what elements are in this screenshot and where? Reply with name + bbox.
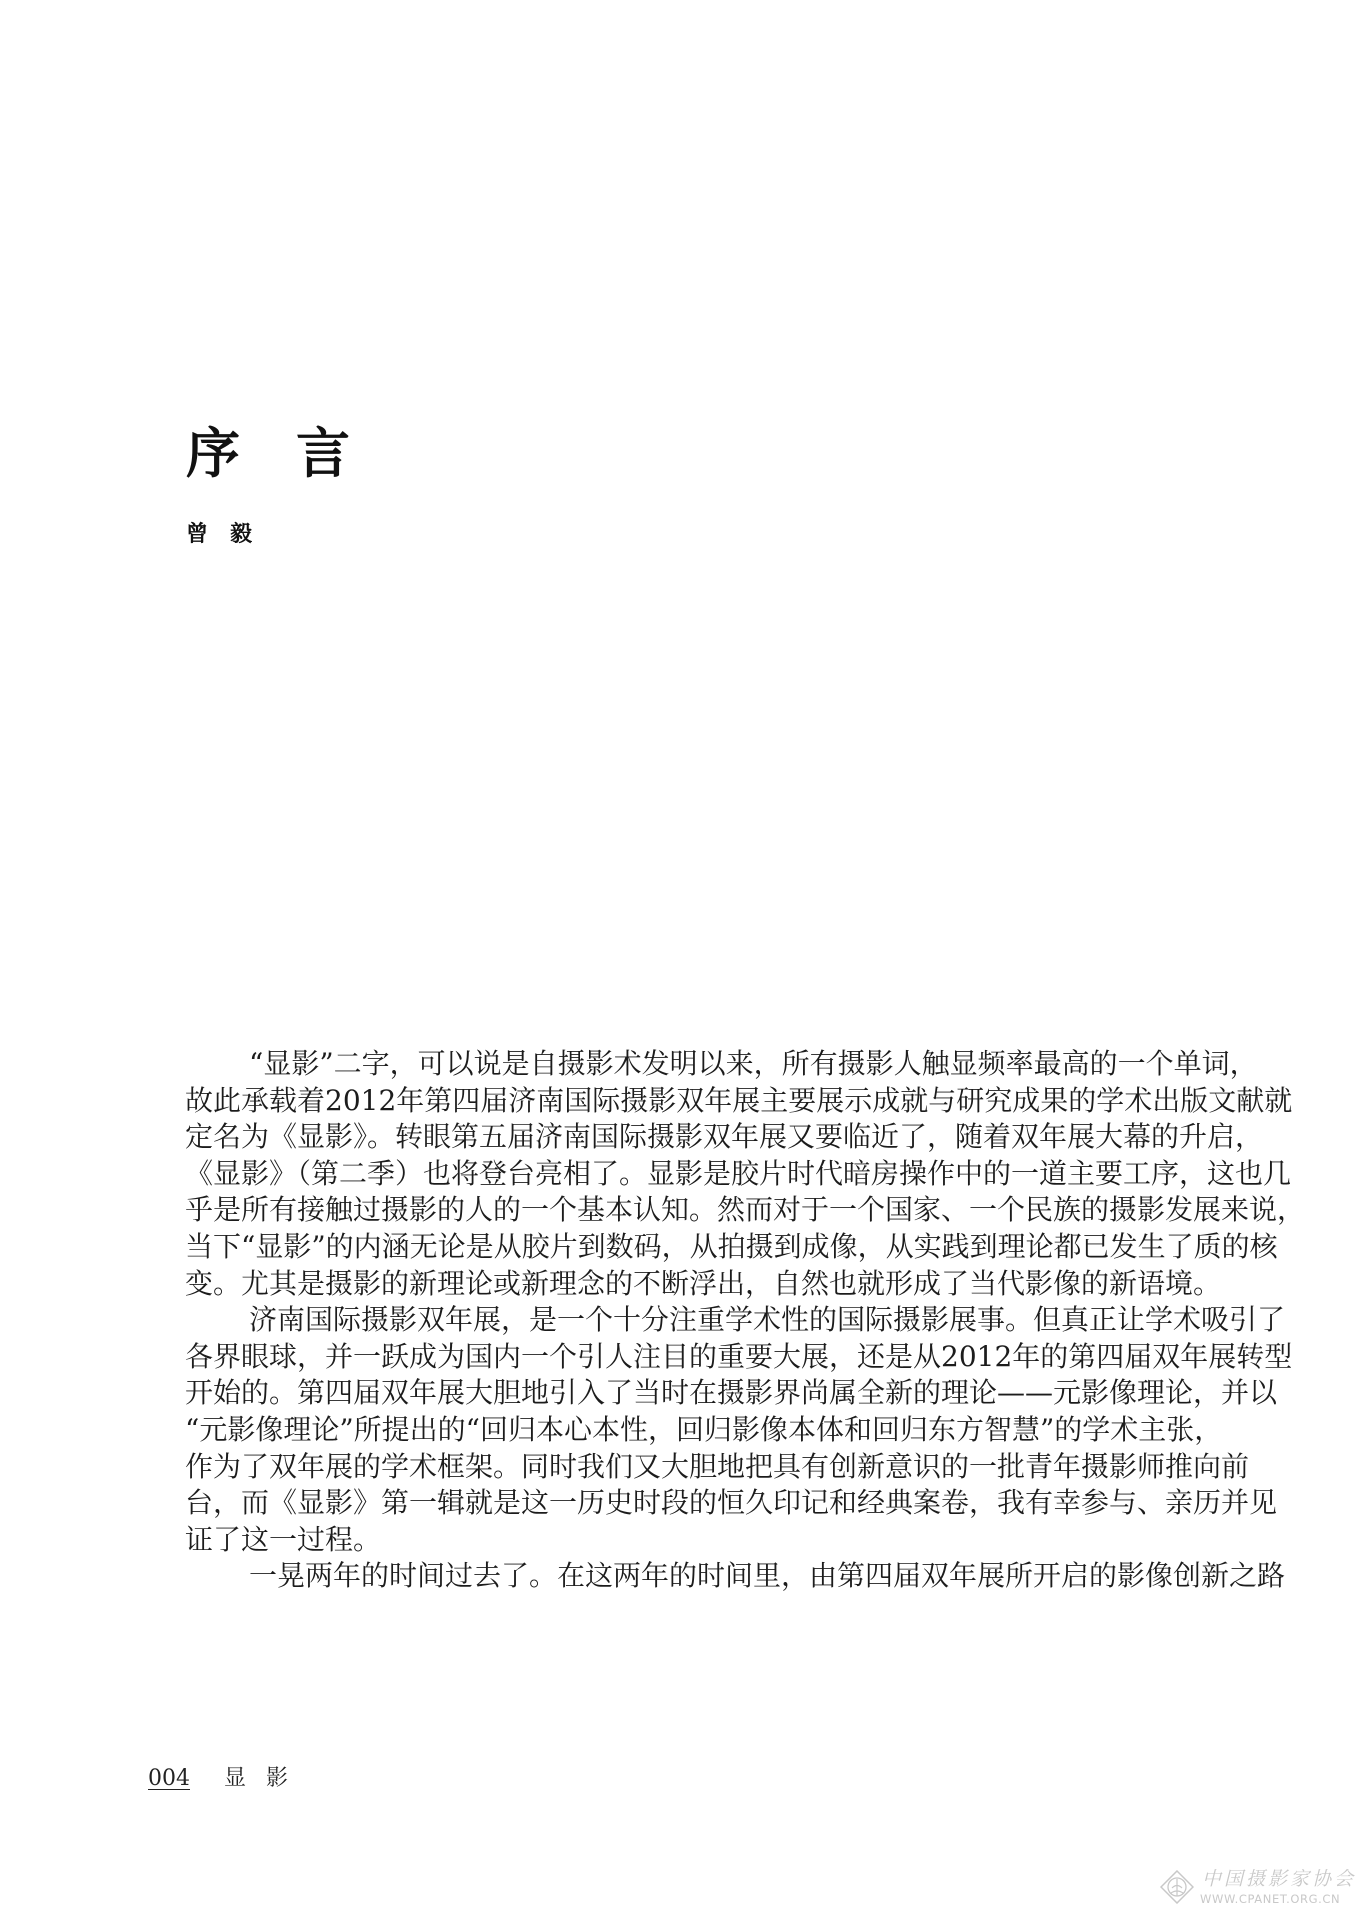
- author-name: 曾毅: [186, 522, 252, 548]
- watermark: 中国摄影家协会 WWW.CPANET.ORG.CN: [1160, 1868, 1360, 1912]
- text-line: “元影像理论”所提出的“回归本心本性，回归影像本体和回归东方智慧”的学术主张，: [185, 1412, 1145, 1449]
- text-line: 证了这一过程。: [185, 1522, 1145, 1559]
- text-line: 变。尤其是摄影的新理论或新理念的不断浮出，自然也就形成了当代影像的新语境。: [185, 1266, 1145, 1303]
- page-title: 序言: [186, 424, 350, 484]
- body-text: “显影”二字，可以说是自摄影术发明以来，所有摄影人触显频率最高的一个单词，故此承…: [185, 1046, 1145, 1595]
- page-number: 004: [148, 1766, 190, 1791]
- author-char-1: 曾: [186, 522, 208, 547]
- text-line: 作为了双年展的学术框架。同时我们又大胆地把具有创新意识的一批青年摄影师推向前: [185, 1449, 1145, 1486]
- text-line: 济南国际摄影双年展，是一个十分注重学术性的国际摄影展事。但真正让学术吸引了: [185, 1302, 1145, 1339]
- text-line: 开始的。第四届双年展大胆地引入了当时在摄影界尚属全新的理论——元影像理论，并以: [185, 1375, 1145, 1412]
- title-char-1: 序: [186, 424, 240, 484]
- author-char-2: 毅: [230, 522, 252, 547]
- text-line: 《显影》（第二季）也将登台亮相了。显影是胶片时代暗房操作中的一道主要工序，这也几: [185, 1156, 1145, 1193]
- text-line: 定名为《显影》。转眼第五届济南国际摄影双年展又要临近了，随着双年展大幕的升启，: [185, 1119, 1145, 1156]
- text-line: 一晃两年的时间过去了。在这两年的时间里，由第四届双年展所开启的影像创新之路: [185, 1558, 1145, 1595]
- text-line: “显影”二字，可以说是自摄影术发明以来，所有摄影人触显频率最高的一个单词，: [185, 1046, 1145, 1083]
- title-char-2: 言: [296, 424, 350, 484]
- text-line: 当下“显影”的内涵无论是从胶片到数码，从拍摄到成像，从实践到理论都已发生了质的核: [185, 1229, 1145, 1266]
- text-line: 乎是所有接触过摄影的人的一个基本认知。然而对于一个国家、一个民族的摄影发展来说，: [185, 1192, 1145, 1229]
- text-line: 故此承载着2012年第四届济南国际摄影双年展主要展示成就与研究成果的学术出版文献…: [185, 1083, 1145, 1120]
- watermark-org-name: 中国摄影家协会: [1202, 1868, 1356, 1890]
- watermark-url: WWW.CPANET.ORG.CN: [1200, 1892, 1340, 1906]
- text-line: 台，而《显影》第一辑就是这一历史时段的恒久印记和经典案卷，我有幸参与、亲历并见: [185, 1485, 1145, 1522]
- page-footer: 004显影: [148, 1765, 308, 1793]
- running-book-title: 显影: [224, 1766, 308, 1791]
- text-line: 各界眼球，并一跃成为国内一个引人注目的重要大展，还是从2012年的第四届双年展转…: [185, 1339, 1145, 1376]
- cpa-logo-icon: [1160, 1870, 1194, 1904]
